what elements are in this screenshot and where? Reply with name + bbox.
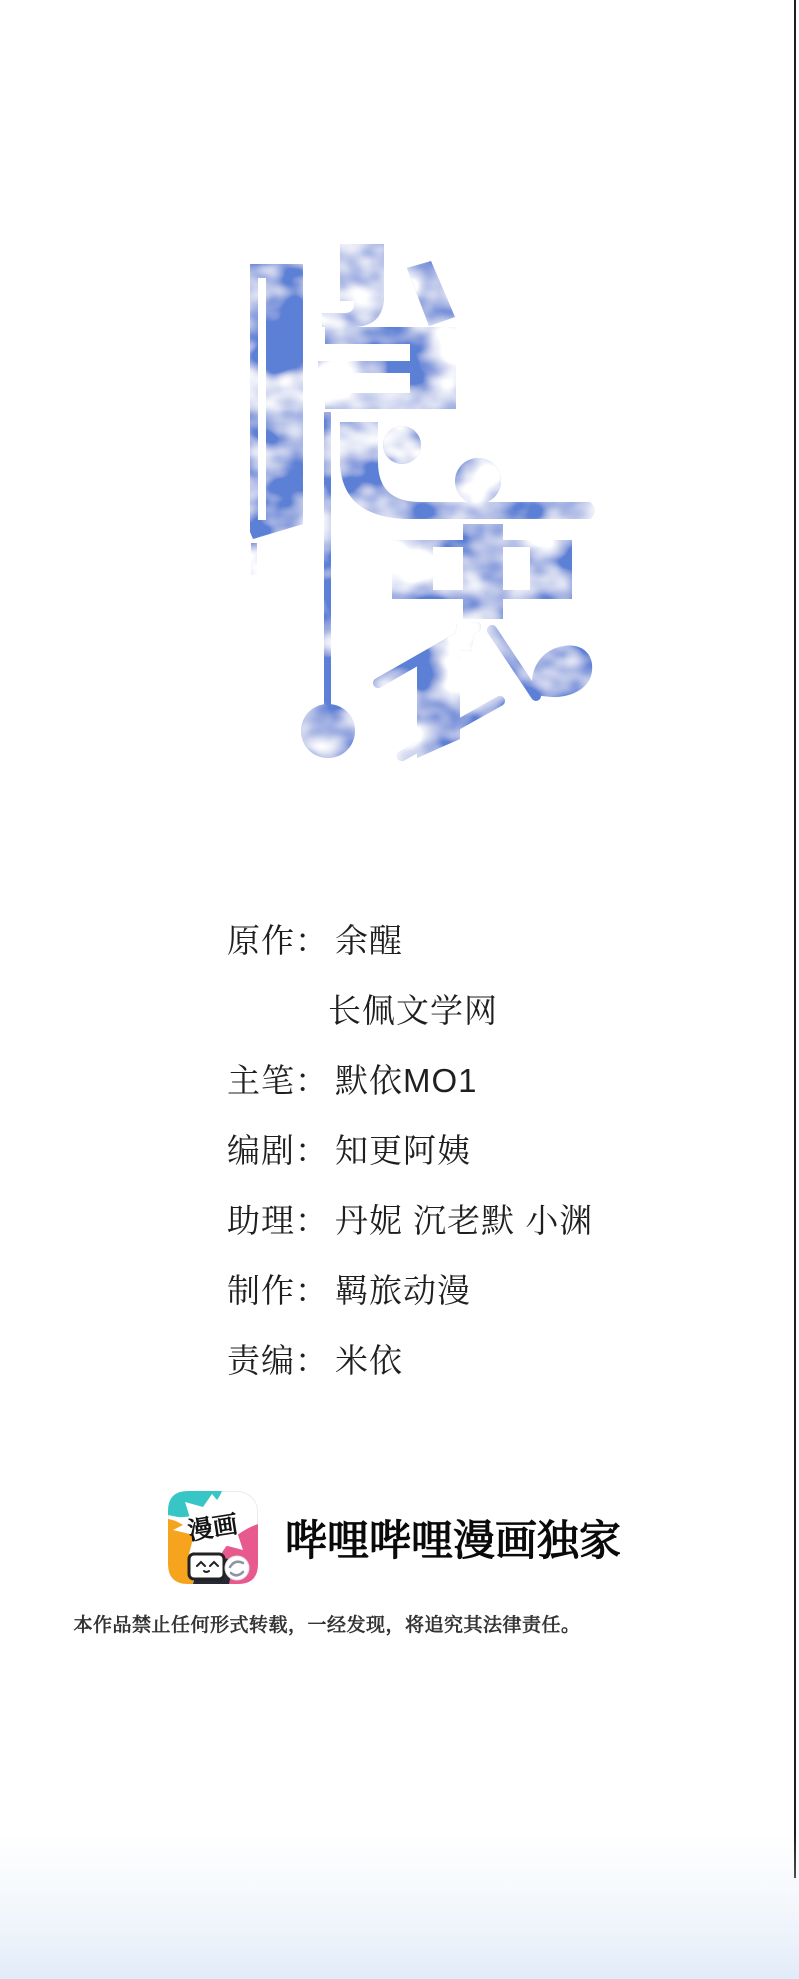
credit-value: 知更阿姨 <box>335 1131 471 1171</box>
credit-label: 责编： <box>227 1341 329 1381</box>
credit-row-editor: 责编： 米依 <box>227 1341 593 1411</box>
tv-face-icon <box>189 1554 224 1579</box>
credit-value: 默依MO1 <box>335 1061 478 1101</box>
exclusive-text: 哔哩哔哩漫画独家 <box>285 1508 621 1568</box>
credit-label: 编剧： <box>227 1131 329 1171</box>
page-edge-line <box>794 0 796 1878</box>
credit-value: 米依 <box>335 1341 403 1381</box>
credit-row-assistants: 助理： 丹妮 沉老默 小渊 <box>227 1201 593 1271</box>
comic-credits-page: 隐衷 原作： 余醒 长佩文学网 主笔： 默依MO1 编剧： 知更阿姨 助理： 丹… <box>0 0 799 1979</box>
credit-value: 余醒 <box>335 921 403 961</box>
title-logo <box>240 237 608 765</box>
credits-section: 原作： 余醒 长佩文学网 主笔： 默依MO1 编剧： 知更阿姨 助理： 丹妮 沉… <box>227 921 593 1411</box>
credit-row-screenwriter: 编剧： 知更阿姨 <box>227 1131 593 1201</box>
credit-value: 羁旅动漫 <box>335 1271 471 1311</box>
title-text: 隐衷 <box>0 0 1 1</box>
title-logo-shapes <box>250 244 595 758</box>
disclaimer-text: 本作品禁止任何形式转载，一经发现，将追究其法律责任。 <box>73 1610 580 1637</box>
publisher-row: 漫画 哔哩哔哩漫画独家 <box>168 1490 621 1585</box>
credit-value: 长佩文学网 <box>328 991 498 1031</box>
credit-label: 制作： <box>227 1271 329 1311</box>
credit-label: 主笔： <box>227 1061 329 1101</box>
bottom-tint-gradient <box>0 1834 799 1979</box>
credit-label: 助理： <box>227 1201 329 1241</box>
credit-row-source-site: 长佩文学网 <box>227 991 593 1061</box>
bilibili-manga-logo: 漫画 <box>168 1491 258 1584</box>
credit-row-production: 制作： 羁旅动漫 <box>227 1271 593 1341</box>
paw-icon <box>225 1556 249 1580</box>
credit-label: 原作： <box>227 921 329 961</box>
credit-row-lead-artist: 主笔： 默依MO1 <box>227 1061 593 1131</box>
credit-row-original-author: 原作： 余醒 <box>227 921 593 991</box>
credit-value: 丹妮 沉老默 小渊 <box>335 1201 593 1241</box>
